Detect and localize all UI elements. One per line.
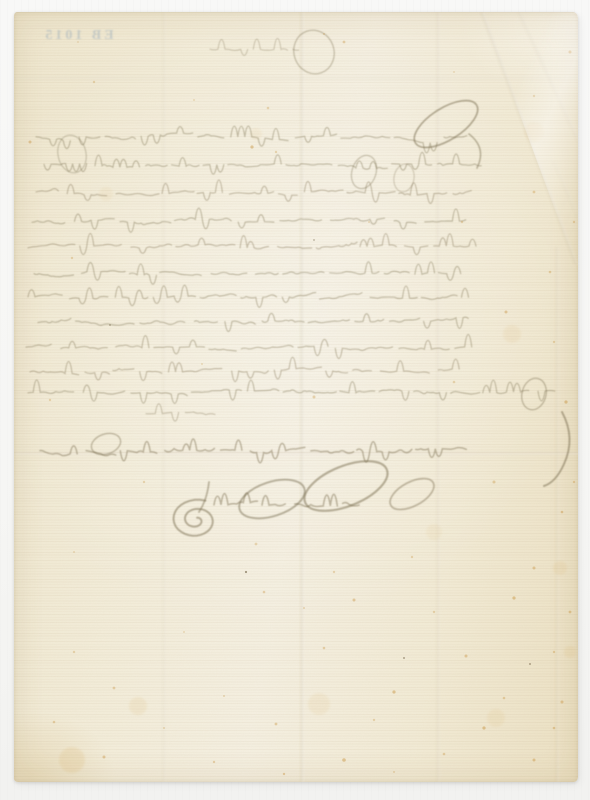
page-artwork bbox=[14, 12, 578, 782]
paper-texture bbox=[14, 12, 578, 782]
scan-background: EB 1015 bbox=[0, 0, 590, 800]
manuscript-page: EB 1015 bbox=[14, 12, 578, 782]
archive-stamp-text: EB 1015 bbox=[42, 28, 113, 43]
archive-stamp: EB 1015 bbox=[30, 24, 126, 48]
